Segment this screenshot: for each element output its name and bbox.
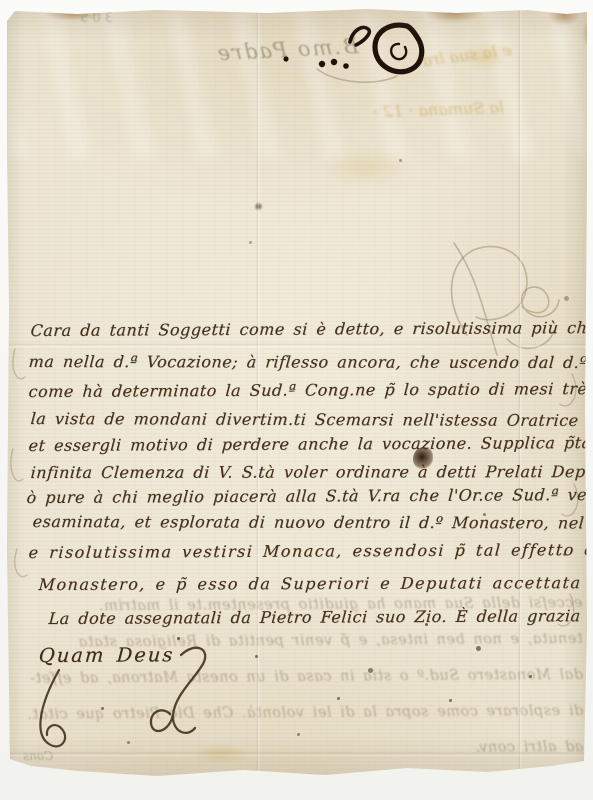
- yellow-ink-bleedthrough-2: la Sumana · 12 ·: [319, 98, 505, 123]
- horizontal-fold-crease: [7, 343, 587, 348]
- scanner-light-sheen: [7, 9, 587, 159]
- verso-line: di esplorare come sopra la di lei volont…: [11, 693, 583, 733]
- faint-archive-stamp: 305: [43, 11, 113, 26]
- manuscript-line: infinita Clemenza di V. S.tà voler ordin…: [30, 462, 593, 482]
- foxing-stain: [582, 21, 593, 47]
- manuscript-paper: 305 B.mo Padre e la sua lra la Sumana · …: [7, 9, 587, 782]
- manuscript-line: la vista de mondani divertim.ti Scemarsi…: [30, 409, 593, 430]
- foxing-stain: [547, 4, 581, 26]
- yellow-ink-bleedthrough-1: e la sua lra: [336, 40, 512, 80]
- manuscript-line: esaminata, et esplorata di nuovo dentro …: [32, 512, 593, 533]
- ink-specks: [177, 637, 180, 640]
- verso-line: ad altri conv.: [11, 729, 583, 769]
- manuscript-line: ma nella d.ª Vocazione; à riflesso ancor…: [28, 352, 593, 372]
- scanned-manuscript-page: { "document": { "kind": "17th-century It…: [0, 0, 593, 800]
- yellow-stain: [325, 149, 405, 185]
- faint-flourish-bleedthrough: [422, 227, 582, 362]
- manuscript-line: ò pure à chi meglio piacerà alla S.tà V.…: [26, 485, 593, 507]
- manuscript-line: Monastero, e p̃ esso da Superiori e Depu…: [38, 573, 593, 594]
- manuscript-line: come hà determinato la Sud.ª Cong.ne p̃ …: [28, 378, 593, 401]
- closing-q-tail-flourish: [29, 664, 99, 759]
- manuscript-line: et essergli motivo di perdere anche la v…: [28, 433, 593, 455]
- manuscript-line: Cara da tanti Soggetti come si è detto, …: [30, 318, 593, 340]
- ink-spot: [254, 202, 263, 211]
- verso-salutation-bleedthrough: B.mo Padre: [168, 34, 360, 86]
- horizontal-fold-crease: [7, 751, 587, 757]
- foxing-stain: [43, 6, 105, 21]
- bold-ink-flourish: [257, 14, 437, 92]
- foxing-stain: [425, 3, 483, 23]
- yellow-stain: [193, 745, 249, 763]
- manuscript-line: e risolutissima vestirsi Monaca, essendo…: [28, 540, 593, 562]
- manuscript-closing-line: Quam Deus: [38, 643, 175, 667]
- verso-word-bleedthrough: Cons: [23, 749, 53, 763]
- manuscript-line: La dote assegnatali da Pietro Felici suo…: [48, 606, 581, 628]
- yellow-stain: [462, 44, 508, 70]
